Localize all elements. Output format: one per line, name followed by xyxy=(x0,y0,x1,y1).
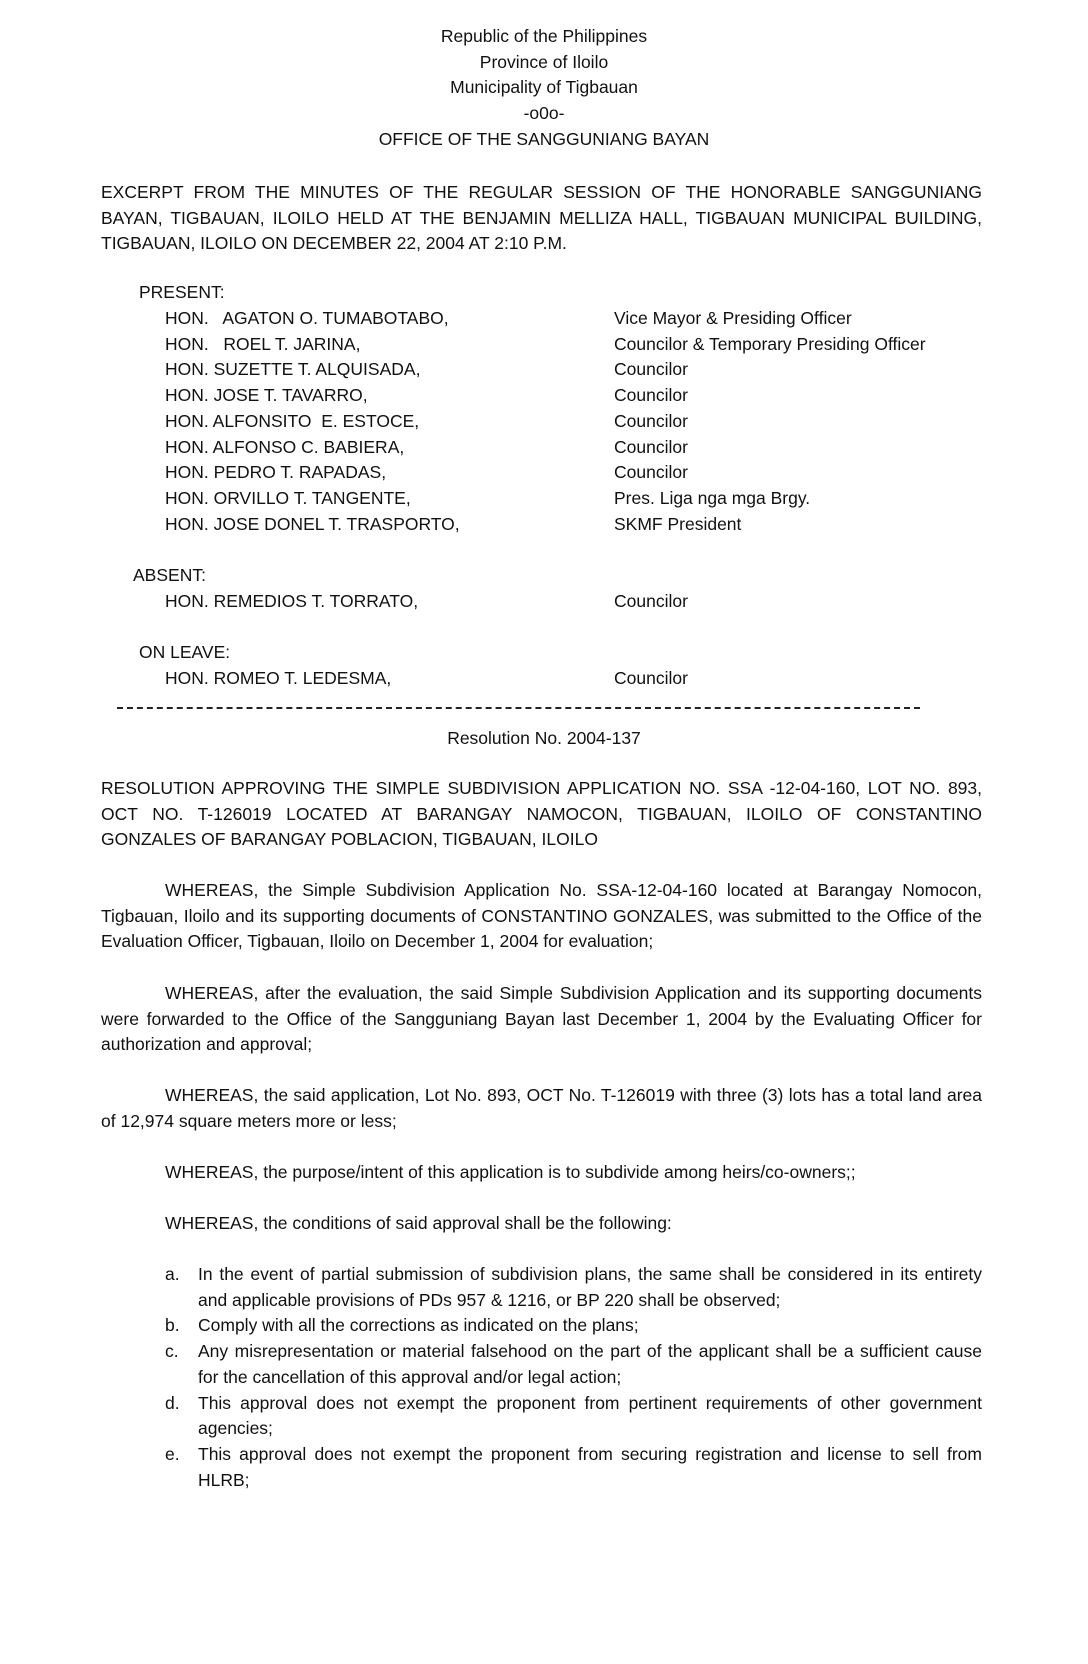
on-leave-member-row: HON. ROMEO T. LEDESMA, Councilor xyxy=(165,666,985,692)
member-role: Pres. Liga nga mga Brgy. xyxy=(614,486,810,512)
member-role: Councilor xyxy=(614,435,688,461)
condition-marker: b. xyxy=(165,1313,180,1339)
present-label: PRESENT: xyxy=(139,280,225,306)
member-role: Councilor xyxy=(614,460,688,486)
whereas-paragraph-5: WHEREAS, the conditions of said approval… xyxy=(101,1211,982,1237)
member-name: HON. JOSE T. TAVARRO, xyxy=(165,383,368,409)
condition-text: In the event of partial submission of su… xyxy=(198,1264,982,1310)
member-role: SKMF President xyxy=(614,512,741,538)
letterhead: Republic of the Philippines Province of … xyxy=(0,24,1088,153)
condition-text: This approval does not exempt the propon… xyxy=(198,1393,982,1439)
condition-text: Comply with all the corrections as indic… xyxy=(198,1315,639,1335)
present-member-row: HON. ROEL T. JARINA,Councilor & Temporar… xyxy=(165,332,985,358)
condition-text: This approval does not exempt the propon… xyxy=(198,1444,982,1490)
condition-marker: a. xyxy=(165,1262,180,1288)
member-role: Vice Mayor & Presiding Officer xyxy=(614,306,852,332)
condition-marker: e. xyxy=(165,1442,180,1468)
condition-marker: c. xyxy=(165,1339,179,1365)
present-member-row: HON. AGATON O. TUMABOTABO,Vice Mayor & P… xyxy=(165,306,985,332)
conditions-list: a. In the event of partial submission of… xyxy=(165,1262,982,1493)
present-member-row: HON. JOSE DONEL T. TRASPORTO,SKMF Presid… xyxy=(165,512,985,538)
member-name: HON. JOSE DONEL T. TRASPORTO, xyxy=(165,512,460,538)
present-member-row: HON. ALFONSO C. BABIERA,Councilor xyxy=(165,435,985,461)
member-name: HON. REMEDIOS T. TORRATO, xyxy=(165,589,418,615)
header-republic: Republic of the Philippines xyxy=(0,24,1088,50)
member-name: HON. ROMEO T. LEDESMA, xyxy=(165,666,391,692)
header-office: OFFICE OF THE SANGGUNIANG BAYAN xyxy=(0,127,1088,153)
condition-item: c. Any misrepresentation or material fal… xyxy=(165,1339,982,1390)
condition-item: d. This approval does not exempt the pro… xyxy=(165,1391,982,1442)
header-province: Province of Iloilo xyxy=(0,50,1088,76)
member-role: Councilor xyxy=(614,666,688,692)
member-name: HON. ALFONSO C. BABIERA, xyxy=(165,435,404,461)
absent-label: ABSENT: xyxy=(133,563,206,589)
member-role: Councilor xyxy=(614,357,688,383)
present-member-row: HON. SUZETTE T. ALQUISADA,Councilor xyxy=(165,357,985,383)
member-role: Councilor & Temporary Presiding Officer xyxy=(614,332,926,358)
dashed-separator xyxy=(117,707,920,709)
member-role: Councilor xyxy=(614,383,688,409)
member-name: HON. ALFONSITO E. ESTOCE, xyxy=(165,409,419,435)
member-name: HON. SUZETTE T. ALQUISADA, xyxy=(165,357,420,383)
present-member-row: HON. ORVILLO T. TANGENTE,Pres. Liga nga … xyxy=(165,486,985,512)
member-name: HON. AGATON O. TUMABOTABO, xyxy=(165,306,449,332)
member-role: Councilor xyxy=(614,589,688,615)
present-member-row: HON. JOSE T. TAVARRO,Councilor xyxy=(165,383,985,409)
condition-item: e. This approval does not exempt the pro… xyxy=(165,1442,982,1493)
document-page: Republic of the Philippines Province of … xyxy=(0,0,1088,1664)
member-name: HON. ROEL T. JARINA, xyxy=(165,332,360,358)
condition-item: b. Comply with all the corrections as in… xyxy=(165,1313,982,1339)
resolution-title: RESOLUTION APPROVING THE SIMPLE SUBDIVIS… xyxy=(101,776,982,853)
present-member-row: HON. ALFONSITO E. ESTOCE,Councilor xyxy=(165,409,985,435)
resolution-number: Resolution No. 2004-137 xyxy=(0,726,1088,752)
member-name: HON. ORVILLO T. TANGENTE, xyxy=(165,486,411,512)
condition-text: Any misrepresentation or material falseh… xyxy=(198,1341,982,1387)
header-ornament: -o0o- xyxy=(0,101,1088,127)
condition-item: a. In the event of partial submission of… xyxy=(165,1262,982,1313)
member-name: HON. PEDRO T. RAPADAS, xyxy=(165,460,386,486)
whereas-paragraph-2: WHEREAS, after the evaluation, the said … xyxy=(101,981,982,1058)
present-member-row: HON. PEDRO T. RAPADAS,Councilor xyxy=(165,460,985,486)
member-role: Councilor xyxy=(614,409,688,435)
header-municipality: Municipality of Tigbauan xyxy=(0,75,1088,101)
absent-member-row: HON. REMEDIOS T. TORRATO, Councilor xyxy=(165,589,985,615)
whereas-paragraph-4: WHEREAS, the purpose/intent of this appl… xyxy=(101,1160,982,1186)
whereas-paragraph-3: WHEREAS, the said application, Lot No. 8… xyxy=(101,1083,982,1134)
condition-marker: d. xyxy=(165,1391,180,1417)
on-leave-label: ON LEAVE: xyxy=(139,640,230,666)
minutes-intro: EXCERPT FROM THE MINUTES OF THE REGULAR … xyxy=(101,180,982,257)
whereas-paragraph-1: WHEREAS, the Simple Subdivision Applicat… xyxy=(101,878,982,955)
